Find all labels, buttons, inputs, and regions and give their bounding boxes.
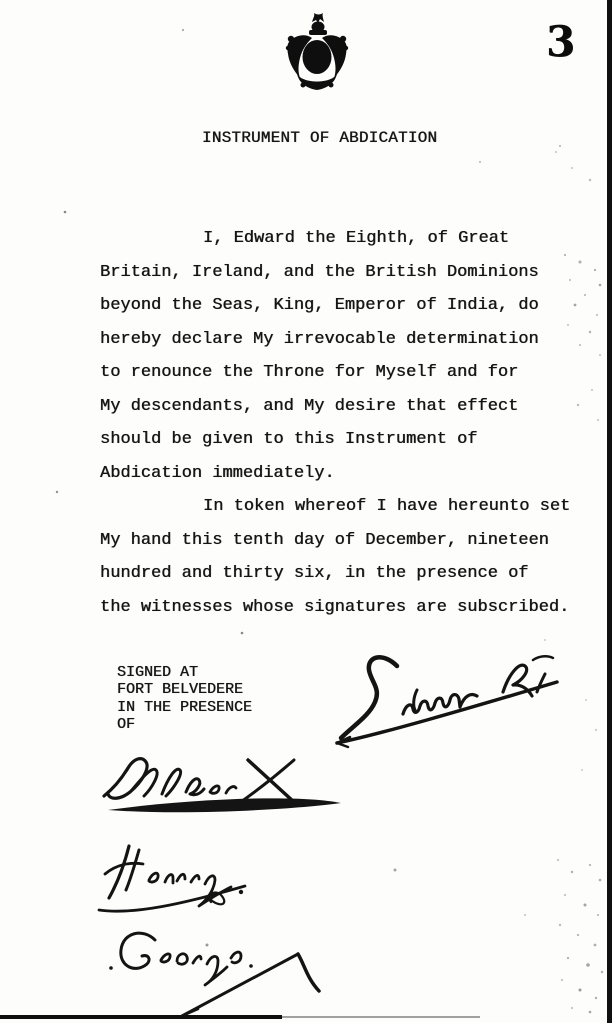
- edward-ri-signature-ink: [333, 650, 561, 752]
- body-line: My descendants, and My desire that effec…: [100, 390, 600, 424]
- body-line: hereby declare My irrevocable determinat…: [100, 323, 600, 357]
- diagonal-stroke-ink: [152, 946, 332, 1021]
- bottom-scan-line: [0, 1015, 282, 1019]
- royal-coat-of-arms-icon: [285, 12, 349, 92]
- body-line: the witnesses whose signatures are subsc…: [100, 591, 600, 625]
- diagonal-pen-stroke: [152, 946, 332, 1021]
- bottom-scan-line-faint: [282, 1016, 480, 1018]
- body-line: I, Edward the Eighth, of Great: [100, 222, 600, 256]
- albert-signature-ink: [98, 748, 348, 820]
- document-title: INSTRUMENT OF ABDICATION: [202, 127, 437, 149]
- body-line: to renounce the Throne for Myself and fo…: [100, 356, 600, 390]
- body-line: My hand this tenth day of December, nine…: [100, 524, 600, 558]
- body-line: beyond the Seas, King, Emperor of India,…: [100, 289, 600, 323]
- signed-at-line: IN THE PRESENCE: [117, 699, 337, 716]
- right-scan-edge-bar: [607, 0, 612, 1023]
- signed-at-line: SIGNED AT: [117, 664, 337, 681]
- signed-at-line: OF: [117, 716, 337, 733]
- body-line: In token whereof I have hereunto set: [100, 490, 600, 524]
- signed-at-block: SIGNED AT FORT BELVEDERE IN THE PRESENCE…: [117, 664, 337, 733]
- abdication-document-page: 3 INSTRUMENT OF ABDICATION I, Edward the…: [0, 0, 612, 1023]
- signed-at-line: FORT BELVEDERE: [117, 681, 337, 698]
- body-line: Britain, Ireland, and the British Domini…: [100, 256, 600, 290]
- body-line: hundred and thirty six, in the presence …: [100, 557, 600, 591]
- page-number: 3: [546, 20, 575, 64]
- signature-henry: [93, 840, 258, 918]
- signature-albert: [98, 748, 348, 820]
- signature-edward-ri: [333, 650, 561, 752]
- document-body: I, Edward the Eighth, of Great Britain, …: [100, 222, 600, 624]
- henry-signature-ink: [93, 840, 258, 918]
- body-line: Abdication immediately.: [100, 457, 600, 491]
- body-line: should be given to this Instrument of: [100, 423, 600, 457]
